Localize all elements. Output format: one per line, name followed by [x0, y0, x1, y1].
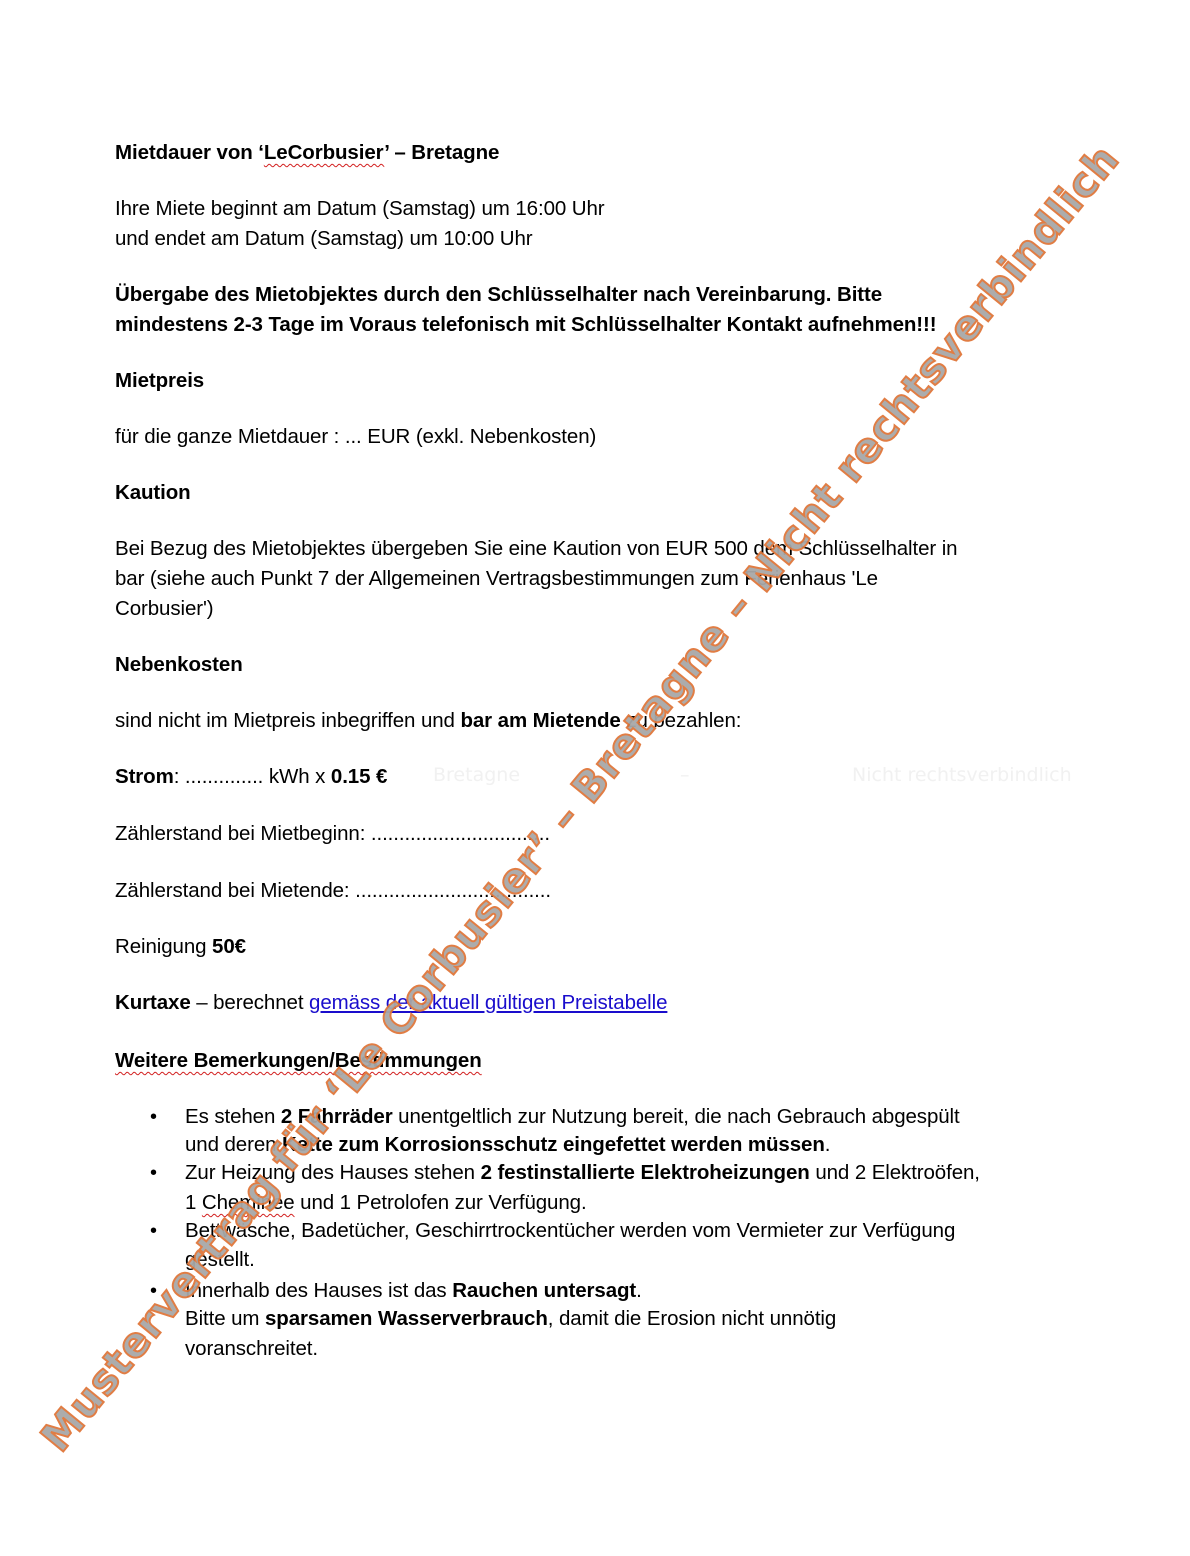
- intro-bold: bar am Mietende: [460, 709, 620, 732]
- extra-costs-heading: Nebenkosten: [115, 650, 243, 680]
- ghost-watermark-disclaimer: Nicht rechtsverbindlich: [852, 762, 1072, 788]
- remark-4-line-3: voranschreitet.: [185, 1334, 318, 1364]
- rental-end: und endet am Datum (Samstag) um 10:00 Uh…: [115, 224, 533, 254]
- bold-text: Kette zum Korrosionsschutz eingefettet w…: [282, 1133, 825, 1156]
- power-line: Strom: .............. kWh x 0.15 €: [115, 762, 387, 792]
- remark-3-line-2: gestellt.: [185, 1245, 255, 1275]
- remarks-heading-text: Weitere Bemerkungen/Bestimmungen: [115, 1049, 482, 1072]
- text: , damit die Erosion nicht unnötig: [548, 1307, 836, 1330]
- cleaning-line: Reinigung 50€: [115, 932, 246, 962]
- power-label: Strom: [115, 765, 174, 788]
- text: .: [636, 1279, 642, 1302]
- misspelled-word: Cheminee: [202, 1191, 295, 1214]
- document-page: Mietdauer von ‘LeCorbusier’ – Bretagne I…: [0, 0, 1190, 1556]
- text: Es stehen: [185, 1105, 281, 1128]
- remark-2-line-1: Zur Heizung des Hauses stehen 2 festinst…: [185, 1158, 980, 1188]
- remark-4-line-1: Innerhalb des Hauses ist das Rauchen unt…: [185, 1276, 642, 1306]
- text: und 2 Elektroöfen,: [810, 1161, 980, 1184]
- rental-start: Ihre Miete beginnt am Datum (Samstag) um…: [115, 194, 605, 224]
- intro-text-end: zu bezahlen:: [621, 709, 742, 732]
- cleaning-price: 50€: [212, 935, 246, 958]
- deposit-line-1: Bei Bezug des Mietobjektes übergeben Sie…: [115, 534, 957, 564]
- bold-text: 2 festinstallierte Elektroheizungen: [481, 1161, 810, 1184]
- bullet-icon: •: [150, 1102, 157, 1132]
- tourist-tax-text: – berechnet: [191, 991, 309, 1014]
- remarks-heading: Weitere Bemerkungen/Bestimmungen: [115, 1046, 482, 1076]
- price-table-link[interactable]: gemäss der aktuell gültigen Preistabelle: [309, 991, 667, 1014]
- remark-4-line-2: Bitte um sparsamen Wasserverbrauch, dami…: [185, 1304, 836, 1334]
- text: 1: [185, 1191, 202, 1214]
- handover-line-2: mindestens 2-3 Tage im Voraus telefonisc…: [115, 310, 936, 340]
- rent-text: für die ganze Mietdauer : ... EUR (exkl.…: [115, 422, 596, 452]
- title-prefix: Mietdauer von ‘: [115, 141, 264, 164]
- bullet-icon: •: [150, 1216, 157, 1246]
- bold-text: Rauchen untersagt: [452, 1279, 636, 1302]
- text: Innerhalb des Hauses ist das: [185, 1279, 452, 1302]
- bold-text: sparsamen Wasserverbrauch: [265, 1307, 548, 1330]
- bullet-icon: •: [150, 1158, 157, 1188]
- power-kwh-blank: : .............. kWh x: [174, 765, 331, 788]
- remark-1-line-1: Es stehen 2 Fahrräder unentgeltlich zur …: [185, 1102, 960, 1132]
- page-title: Mietdauer von ‘LeCorbusier’ – Bretagne: [115, 138, 499, 168]
- intro-text: sind nicht im Mietpreis inbegriffen und: [115, 709, 460, 732]
- title-property-name: LeCorbusier: [264, 141, 384, 164]
- text: Zur Heizung des Hauses stehen: [185, 1161, 481, 1184]
- text: und deren: [185, 1133, 282, 1156]
- ghost-watermark-bretagne: Bretagne: [433, 762, 520, 788]
- tourist-tax-line: Kurtaxe – berechnet gemäss der aktuell g…: [115, 988, 667, 1018]
- bold-text: 2 Fahrräder: [281, 1105, 393, 1128]
- cleaning-label: Reinigung: [115, 935, 212, 958]
- deposit-line-2: bar (siehe auch Punkt 7 der Allgemeinen …: [115, 564, 878, 594]
- text: .: [825, 1133, 831, 1156]
- rent-heading: Mietpreis: [115, 366, 204, 396]
- meter-end: Zählerstand bei Mietende: ..............…: [115, 876, 551, 906]
- remark-2-line-2: 1 Cheminee und 1 Petrolofen zur Verfügun…: [185, 1188, 587, 1218]
- text: unentgeltlich zur Nutzung bereit, die na…: [393, 1105, 960, 1128]
- deposit-line-3: Corbusier'): [115, 594, 214, 624]
- bullet-icon: •: [150, 1276, 157, 1306]
- remark-3-line-1: Bettwäsche, Badetücher, Geschirrtrockent…: [185, 1216, 955, 1246]
- text: und 1 Petrolofen zur Verfügung.: [295, 1191, 587, 1214]
- extra-costs-intro: sind nicht im Mietpreis inbegriffen und …: [115, 706, 741, 736]
- deposit-heading: Kaution: [115, 478, 191, 508]
- power-price: 0.15 €: [331, 765, 387, 788]
- tourist-tax-label: Kurtaxe: [115, 991, 191, 1014]
- text: Bitte um: [185, 1307, 265, 1330]
- remark-1-line-2: und deren Kette zum Korrosionsschutz ein…: [185, 1130, 830, 1160]
- meter-start: Zählerstand bei Mietbeginn: ............…: [115, 819, 550, 849]
- title-suffix: ’ – Bretagne: [384, 141, 499, 164]
- handover-line-1: Übergabe des Mietobjektes durch den Schl…: [115, 280, 882, 310]
- ghost-watermark-dash: –: [680, 762, 690, 788]
